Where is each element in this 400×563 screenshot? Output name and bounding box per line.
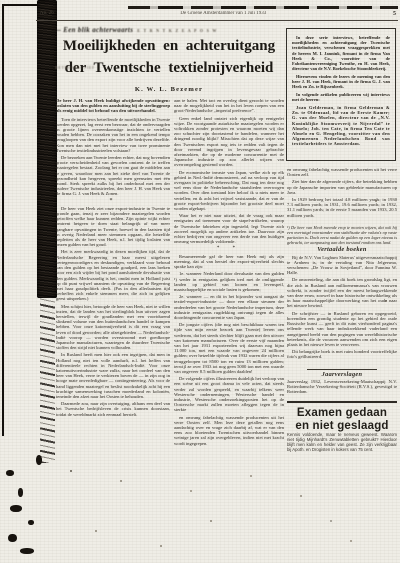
scan-frame-left-line xyxy=(2,6,4,436)
body-column-right: en omvang fabelachtig wassende producent… xyxy=(287,167,397,563)
margin-smudge-text: RETROSPECTIEF xyxy=(55,66,95,70)
paragraph: Waar het er niet naar uitziet, dat de vr… xyxy=(174,213,284,244)
paragraph: De schrijfster — in Rusland geboren en o… xyxy=(287,311,397,347)
paragraph: en omvang fabelachtig wassende producent… xyxy=(287,167,397,177)
kicker-scan-noise: E T R N T K Z E A P O S W xyxy=(137,28,217,33)
article-byline: K. W. L. Bezemer xyxy=(52,86,286,93)
section-heading-books: Vertaalde boeken xyxy=(287,247,397,252)
intro-box-paragraph: In volgende artikelen publiceeren wij in… xyxy=(292,92,390,102)
kicker-text: Een blik achterwaarts xyxy=(63,27,133,34)
ink-blob xyxy=(28,520,34,525)
paragraph: Daarmede zou, naar zijn overtuiging, alt… xyxy=(56,401,170,417)
headline-line-1: Moeilijkheden en achteruitgang xyxy=(52,36,286,58)
body-column-middle: aan te halen. Met tact en overleg dient … xyxy=(174,98,284,463)
scan-top-streak xyxy=(128,6,398,9)
footnote: ¹) De heer van Heek meende erop te moete… xyxy=(287,226,397,246)
paragraph: De jongste cijfers (die nog niet beschik… xyxy=(174,322,284,374)
paragraph: De volgende cijfers illustreeren duideli… xyxy=(174,376,284,412)
kicker-line: — Een blik achterwaartsE T R N T K Z E A… xyxy=(54,27,218,34)
report-entry: Jaarverslag 1932, Levensverzekering-Maat… xyxy=(287,379,397,395)
scan-dark-band-lower xyxy=(40,298,55,463)
masthead-issue-number: No. 26 xyxy=(40,11,54,17)
ink-blob xyxy=(36,455,42,465)
paragraph: In Rusland heeft men hier ook een ingrij… xyxy=(56,352,170,399)
paragraph: en omvang fabelachtig wassende producent… xyxy=(174,415,284,446)
paragraph: Het is zeer merkwaardig in dezen moeilij… xyxy=(56,249,170,301)
article-headline: Moeilijkheden en achteruitgang der Twent… xyxy=(52,36,286,79)
masthead-row: No. 26 De Groene Amsterdammer van 1 Juli… xyxy=(40,11,396,17)
paragraph: De heer van Heek ziet onze export-indust… xyxy=(56,206,170,248)
advert-title-line-2: en niet geslaagd xyxy=(287,420,397,433)
advert-title-line-1: Examen gedaan xyxy=(287,407,397,420)
ink-blob xyxy=(20,548,34,554)
ink-blob xyxy=(6,470,14,476)
paragraph: Toen de interviews betreffende de moeili… xyxy=(56,117,170,153)
paragraph: De omwenteling, die aan dit boek ten gro… xyxy=(287,277,397,308)
ink-blob xyxy=(10,505,22,512)
paragraph: Bij de N.V. Van Loghum Slaterus' uitgeve… xyxy=(287,255,397,276)
advert-title: Examen gedaan en niet geslaagd xyxy=(287,407,397,432)
paragraph: Dit belangrijke boek is met ruim honderd… xyxy=(287,349,397,359)
section-star-divider: * * xyxy=(174,246,284,251)
ink-blob xyxy=(8,534,17,542)
section-heading-reports: Jaarverslagen xyxy=(287,372,397,377)
section-rule xyxy=(307,369,377,370)
paragraph: Ziet hier dan de afgeronde cijfers, die … xyxy=(287,179,397,195)
intro-box-paragraph: In deze serie interviews, betreffende de… xyxy=(292,35,390,71)
paragraph: 2e. wanneer — en dit in het bijzonder wa… xyxy=(174,294,284,320)
advert-body: Kennis voldoende, maar te nerveus gewees… xyxy=(287,432,397,452)
paragraph: Men schijnt hier, betoogde de heer van H… xyxy=(56,304,170,351)
section-star-divider: * xyxy=(56,199,170,204)
masthead-rule xyxy=(36,20,398,21)
paragraph: Resumeerende gaf de heer van Heek mij al… xyxy=(174,254,284,270)
lead-paragraph: De heer J. H. van Heek huldigt afwijkend… xyxy=(56,98,170,114)
paragraph: Geen enkel land ontziet zich eigenlijk o… xyxy=(174,116,284,168)
paragraph: 1e. wanneer Nederland door devaluatie va… xyxy=(174,271,284,292)
ink-blob xyxy=(18,488,23,497)
advert-rule xyxy=(287,401,397,403)
paragraph: In 1929 bedroeg het totaal 4.8 millioen … xyxy=(287,197,397,218)
body-column-left: De heer J. H. van Heek huldigt afwijkend… xyxy=(56,98,170,463)
paper-speckles xyxy=(0,0,2,2)
masthead-page-number: 5 xyxy=(393,11,396,17)
newspaper-page-scan: No. 26 De Groene Amsterdammer van 1 Juli… xyxy=(0,0,400,563)
paragraph: De economische invasie van Japan, welke … xyxy=(174,170,284,212)
paragraph: De bezoeken aan Twente leerden echter, d… xyxy=(56,155,170,197)
paragraph: aan te halen. Met tact en overleg dient … xyxy=(174,98,284,114)
intro-box-names: Joan Gelderman, in firma Gelderman & Zn.… xyxy=(292,105,390,147)
intro-box-paragraph: Hiernevens vinden de lezers de meening v… xyxy=(292,74,390,90)
series-intro-box: In deze serie interviews, betreffende de… xyxy=(286,28,396,161)
masthead-title-date: De Groene Amsterdammer van 1 Juli 1933 xyxy=(180,11,266,17)
